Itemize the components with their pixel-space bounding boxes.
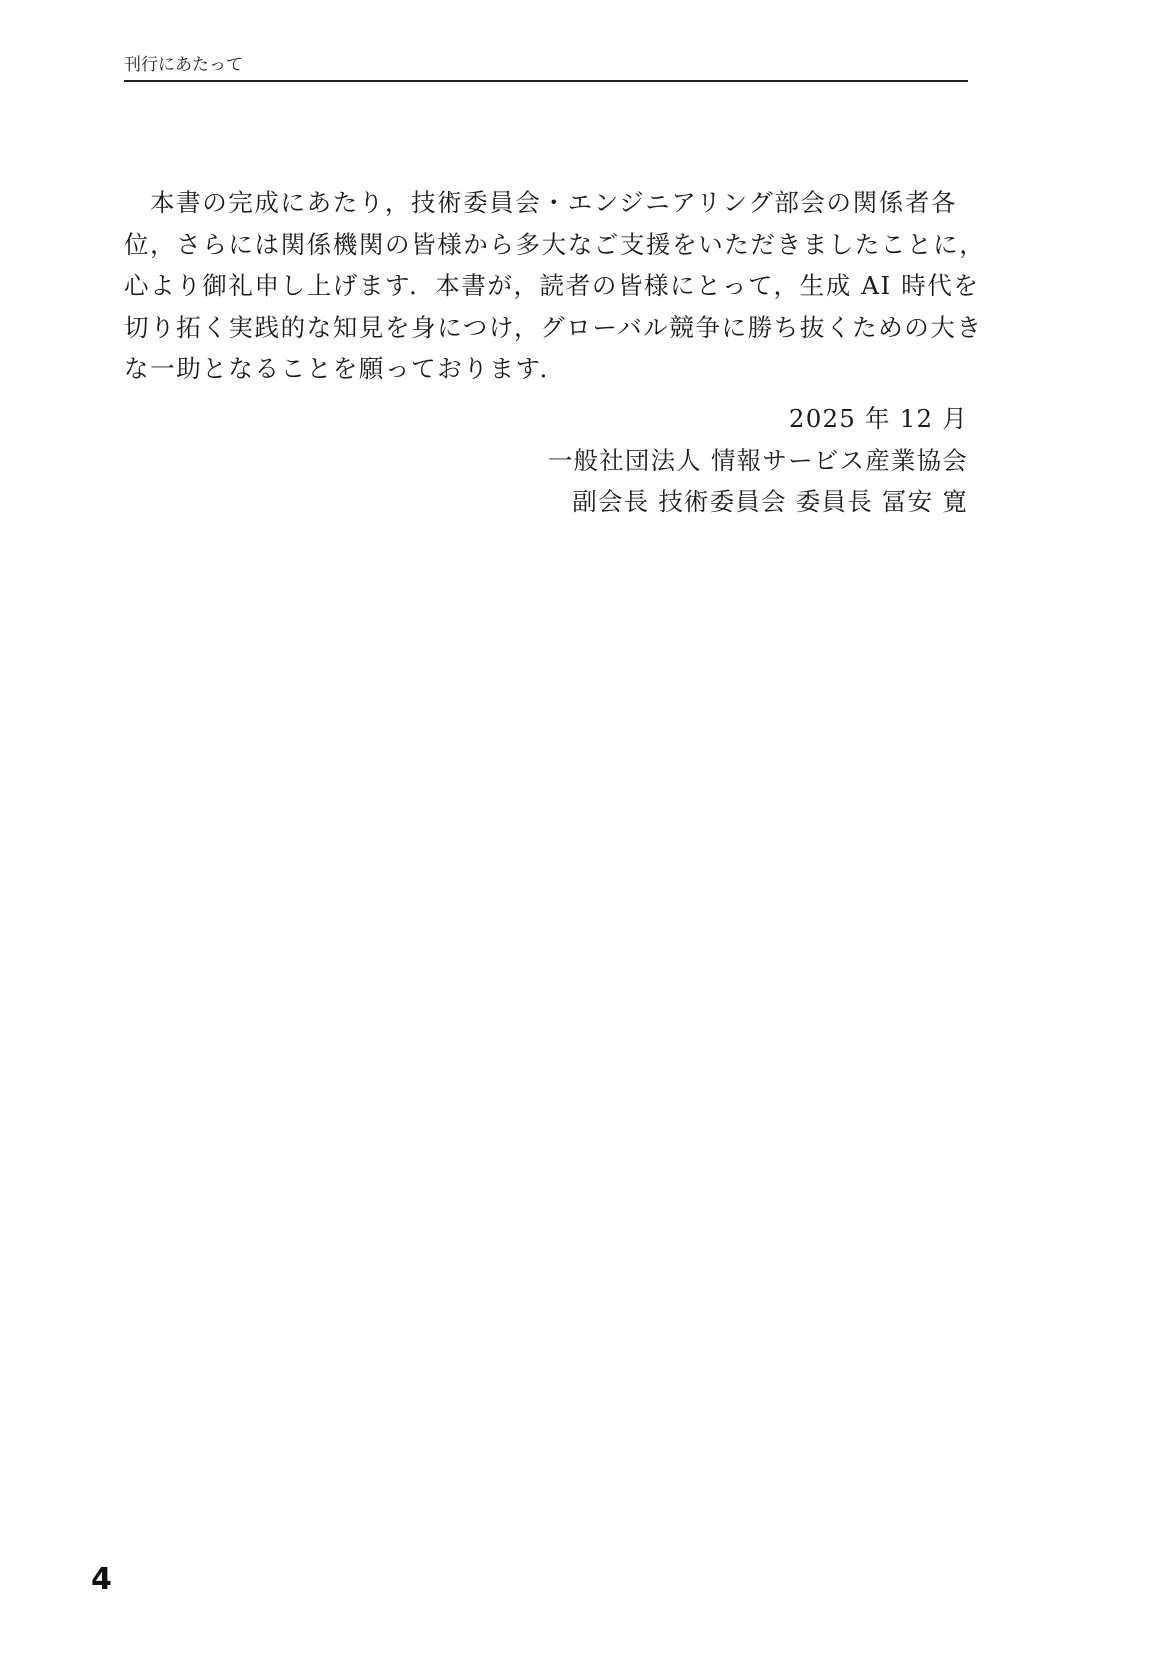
body-paragraph: 本書の完成にあたり，技術委員会・エンジニアリング部会の関係者各 位，さらには関係…: [124, 182, 968, 390]
paragraph-line: 心より御礼申し上げます．本書が，読者の皆様にとって，生成 AI 時代を: [124, 265, 968, 307]
signature-date: 2025 年 12 月: [124, 398, 968, 440]
paragraph-line: な一助となることを願っております．: [124, 348, 968, 390]
paragraph-line: 位，さらには関係機関の皆様から多大なご支援をいただきましたことに，: [124, 224, 968, 266]
signature-block: 2025 年 12 月 一般社団法人 情報サービス産業協会 副会長 技術委員会 …: [124, 398, 968, 523]
paragraph-line: 切り拓く実践的な知見を身につけ，グローバル競争に勝ち抜くための大き: [124, 307, 968, 349]
signature-organization: 一般社団法人 情報サービス産業協会: [124, 440, 968, 482]
paragraph-line: 本書の完成にあたり，技術委員会・エンジニアリング部会の関係者各: [124, 182, 968, 224]
running-header-title: 刊行にあたって: [124, 54, 968, 76]
header-rule: [124, 80, 968, 82]
page-number: 4: [91, 1562, 112, 1598]
signature-signatory: 副会長 技術委員会 委員長 冨安 寛: [124, 481, 968, 523]
